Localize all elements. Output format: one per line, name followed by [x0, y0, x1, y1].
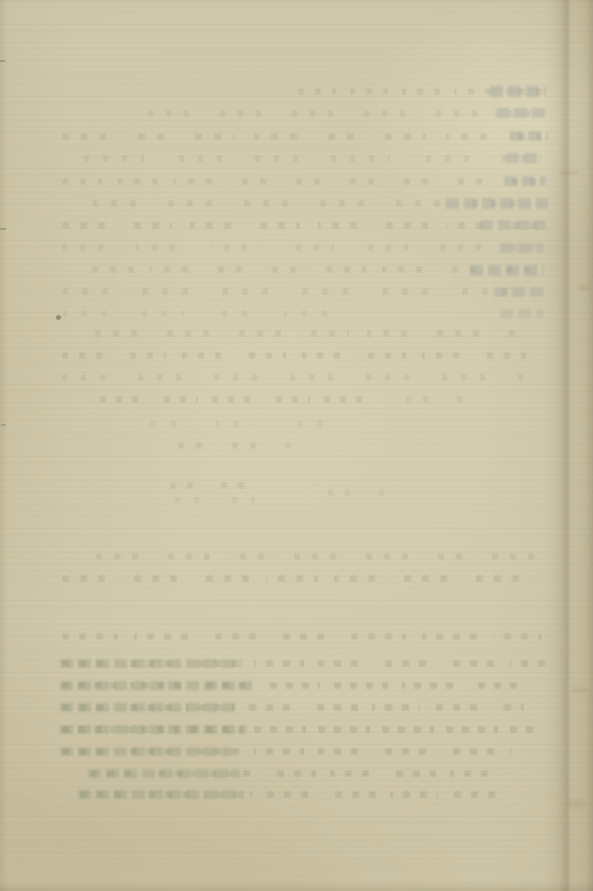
ghost-text-line [62, 575, 536, 582]
ink-speck [572, 688, 588, 693]
ghost-text-line [148, 110, 544, 117]
ghost-text-line [96, 553, 544, 560]
page-edge-crease-shadow [544, 0, 593, 891]
ink-speck [566, 800, 586, 808]
ghost-text-line [406, 396, 470, 403]
ghost-text-line [62, 244, 540, 251]
left-edge-shading [0, 0, 8, 891]
scanned-page [0, 0, 593, 891]
ink-speck [56, 315, 61, 320]
ink-speck [1, 424, 6, 426]
bottom-edge-shading [0, 881, 593, 891]
ghost-word-fragment [506, 153, 538, 163]
ink-speck [0, 60, 5, 62]
ghost-text-line [328, 489, 390, 496]
ghost-word-fragment [490, 86, 546, 97]
ghost-word-fragment [504, 176, 546, 186]
ghost-word-fragment [78, 790, 244, 799]
ghost-text-line [62, 352, 540, 359]
ghost-word-fragment [60, 659, 242, 668]
ink-speck [0, 228, 6, 230]
ghost-word-fragment [88, 769, 240, 778]
ghost-text-line [95, 330, 527, 337]
ink-speck [560, 171, 578, 174]
ghost-text-line [62, 374, 532, 381]
ghost-text-line [84, 155, 542, 162]
ghost-word-fragment [60, 681, 252, 690]
ghost-text-line [62, 133, 542, 140]
ghost-text-line [100, 396, 386, 403]
ghost-text-line [150, 420, 350, 427]
ghost-word-fragment [446, 198, 548, 209]
ghost-text-line [178, 442, 290, 449]
ghost-word-fragment [510, 131, 548, 141]
ghost-word-fragment [496, 108, 546, 118]
ghost-text-line [62, 310, 362, 317]
ghost-text-line [62, 633, 542, 640]
ghost-text-line [62, 288, 544, 295]
ghost-text-line [62, 178, 544, 185]
ghost-text-line [175, 497, 270, 504]
ghost-word-fragment [470, 265, 544, 276]
ghost-word-fragment [60, 747, 232, 756]
ink-speck [578, 286, 590, 290]
ghost-word-fragment [500, 309, 544, 318]
ghost-word-fragment [60, 725, 246, 734]
top-edge-shading [0, 0, 593, 5]
ghost-word-fragment [494, 287, 548, 297]
ghost-text-line [170, 482, 262, 489]
ghost-word-fragment [60, 703, 236, 712]
ghost-word-fragment [500, 243, 544, 253]
ghost-text-line [62, 222, 544, 229]
ghost-word-fragment [480, 220, 546, 230]
